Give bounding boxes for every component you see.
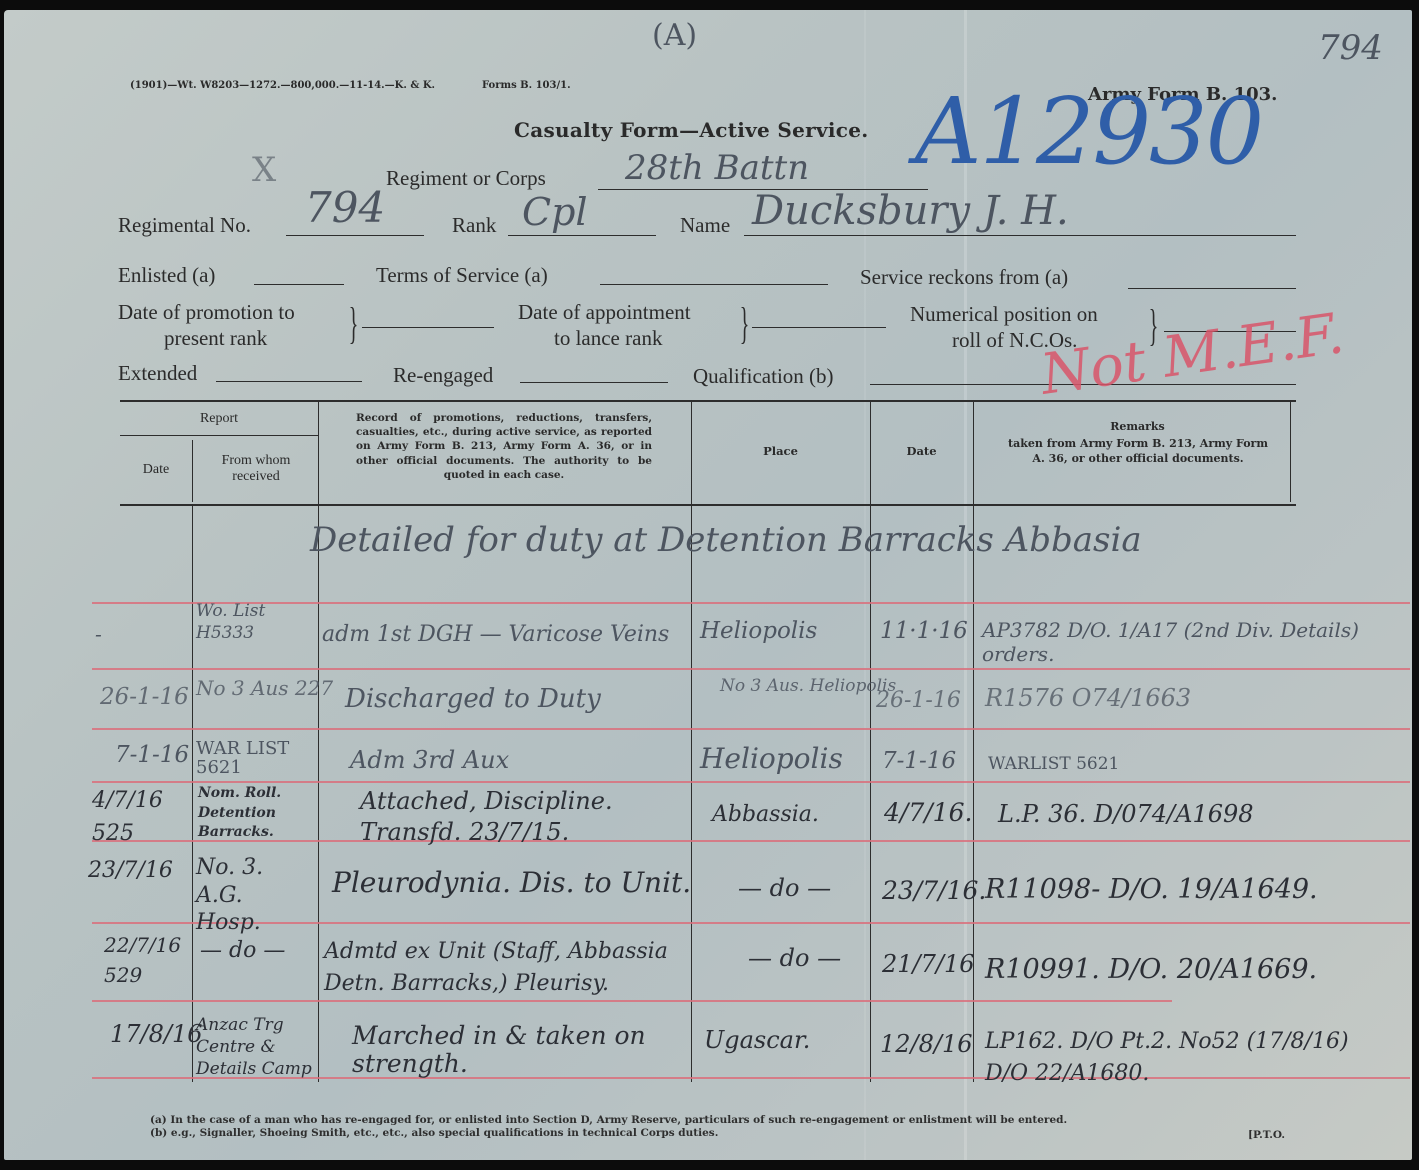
remarks-cell: R1576 O74/1663: [985, 684, 1191, 712]
name-underline: [744, 235, 1296, 236]
brace: }: [349, 298, 359, 349]
appointment-label-line2: to lance rank: [554, 326, 662, 351]
place-cell: Heliopolis: [700, 618, 817, 644]
date-cell: 26-1-16: [876, 688, 961, 713]
date-cell: 4/7/16.: [884, 798, 972, 827]
reengaged-label: Re-engaged: [393, 363, 493, 388]
header-date: Date: [870, 444, 973, 460]
date-cell: 11·1·16: [880, 618, 968, 644]
qualification-label: Qualification (b): [693, 364, 834, 389]
report-date-cell: 17/8/16: [110, 1020, 203, 1048]
remarks-cell: AP3782 D/O. 1/A17 (2nd Div. Details) ord…: [982, 618, 1402, 666]
from-whom-cell: WAR LIST 5621: [196, 740, 316, 778]
please-turn-over: [P.T.O.: [1248, 1129, 1285, 1141]
col-divider: [1290, 402, 1291, 502]
record-cell: Pleurodynia. Dis. to Unit.: [332, 866, 691, 899]
name-value: Ducksbury J. H.: [752, 188, 1069, 234]
extended-label: Extended: [118, 361, 197, 386]
from-whom-cell: Wo. List H5333: [196, 600, 314, 644]
record-cell: Discharged to Duty: [345, 684, 601, 714]
regimental-no-underline: [286, 235, 424, 236]
remarks-cell: R10991. D/O. 20/A1669.: [985, 954, 1317, 985]
from-whom-cell: Anzac Trg Centre & Details Camp: [196, 1014, 320, 1080]
header-remarks-title: Remarks: [1000, 420, 1275, 435]
regiment-value: 28th Battn: [625, 148, 809, 188]
extended-underline: [216, 381, 362, 382]
table-top-border: [120, 400, 1296, 402]
brace: }: [740, 298, 750, 349]
from-whom-cell: No 3 Aus 227: [196, 676, 333, 700]
record-cell: adm 1st DGH — Varicose Veins: [322, 622, 669, 647]
record-cell: Detailed for duty at Detention Barracks …: [310, 520, 1142, 560]
place-cell: — do —: [738, 874, 831, 902]
from-whom-cell: — do —: [200, 938, 285, 963]
report-date-cell: -: [95, 622, 102, 646]
col-divider: [192, 506, 193, 1082]
place-cell: Heliopolis: [700, 742, 843, 775]
form-title: Casualty Form—Active Service.: [514, 118, 869, 142]
header-report: Report: [120, 410, 318, 429]
ruled-line: [92, 668, 1410, 670]
rank-value: Cpl: [522, 190, 588, 234]
regimental-no-label: Regimental No.: [118, 213, 251, 238]
date-cell: 12/8/16: [880, 1030, 973, 1058]
name-label: Name: [680, 213, 730, 238]
promotion-underline: [362, 327, 494, 328]
enlisted-underline: [254, 284, 344, 285]
remarks-cell: L.P. 36. D/074/A1698: [998, 800, 1254, 828]
service-reckons-underline: [1128, 288, 1296, 289]
col-divider: [973, 402, 974, 1082]
header-remarks-sub: taken from Army Form B. 213, Army Form A…: [1008, 437, 1268, 467]
report-date-cell: 26-1-16: [100, 684, 189, 710]
from-whom-cell: No. 3. A.G. Hosp.: [196, 854, 314, 937]
col-divider: [192, 440, 193, 502]
header-place: Place: [691, 444, 870, 460]
report-subheader-divider: [120, 435, 318, 436]
record-cell: Adm 3rd Aux: [350, 746, 509, 774]
appointment-label-line1: Date of appointment: [518, 300, 691, 325]
remarks-cell: LP162. D/O Pt.2. No52 (17/8/16) D/O 22/A…: [985, 1026, 1375, 1090]
fold-crease: [864, 10, 866, 1160]
rank-label: Rank: [452, 213, 496, 238]
header-record: Record of promotions, reductions, transf…: [356, 411, 652, 482]
record-cell: Marched in & taken on strength.: [352, 1022, 682, 1077]
forms-reference: Forms B. 103/1.: [482, 80, 571, 91]
promotion-label-line2: present rank: [164, 326, 267, 351]
from-whom-cell: Nom. Roll. Detention Barracks.: [198, 784, 316, 843]
place-cell: Abbassia.: [712, 802, 819, 827]
remarks-cell: WARLIST 5621: [988, 754, 1119, 774]
ruled-line: [92, 1000, 1172, 1002]
print-code: (1901)—Wt. W8203—1272.—800,000.—11-14.—K…: [130, 80, 435, 91]
place-cell: — do —: [748, 944, 841, 972]
ruled-line: [92, 728, 1410, 730]
appointment-underline: [752, 327, 886, 328]
report-date-cell: 22/7/16 529: [104, 930, 190, 990]
regimental-no-value: 794: [305, 183, 385, 232]
header-from-whom: From whom received: [198, 453, 314, 485]
numerical-position-label-line1: Numerical position on: [910, 302, 1098, 327]
record-cell: Attached, Discipline. Transfd. 23/7/15.: [360, 786, 680, 848]
terms-underline: [600, 284, 828, 285]
report-date-cell: 23/7/16: [88, 858, 173, 883]
regiment-label: Regiment or Corps: [386, 166, 546, 191]
record-cell: Admtd ex Unit (Staff, Abbassia Detn. Bar…: [324, 936, 694, 1000]
report-date-cell: 4/7/16 525: [92, 784, 188, 850]
promotion-label-line1: Date of promotion to: [118, 300, 295, 325]
footnote-b: (b) e.g., Signaller, Shoeing Smith, etc.…: [150, 1127, 718, 1139]
top-right-annotation: 794: [1318, 28, 1383, 68]
report-date-cell: 7-1-16: [115, 742, 189, 768]
remarks-cell: R11098- D/O. 19/A1649.: [985, 874, 1318, 905]
service-reckons-label: Service reckons from (a): [860, 265, 1068, 290]
header-report-date: Date: [120, 461, 192, 480]
table-header-bottom-border: [120, 504, 1296, 506]
circled-annotation: (A): [652, 18, 697, 53]
place-cell: No 3 Aus. Heliopolis: [720, 676, 896, 696]
blue-reference-number: A12930: [915, 78, 1262, 185]
date-cell: 21/7/16: [882, 950, 975, 978]
terms-of-service-label: Terms of Service (a): [376, 263, 548, 288]
rank-underline: [508, 235, 656, 236]
enlisted-label: Enlisted (a): [118, 263, 215, 288]
col-divider: [870, 402, 871, 1082]
reengaged-underline: [520, 382, 668, 383]
date-cell: 7-1-16: [882, 748, 956, 774]
ruled-line: [92, 781, 1410, 783]
date-cell: 23/7/16.: [882, 876, 986, 905]
footnote-a: (a) In the case of a man who has re-enga…: [150, 1114, 1067, 1126]
place-cell: Ugascar.: [704, 1026, 810, 1054]
x-mark: X: [252, 150, 276, 190]
